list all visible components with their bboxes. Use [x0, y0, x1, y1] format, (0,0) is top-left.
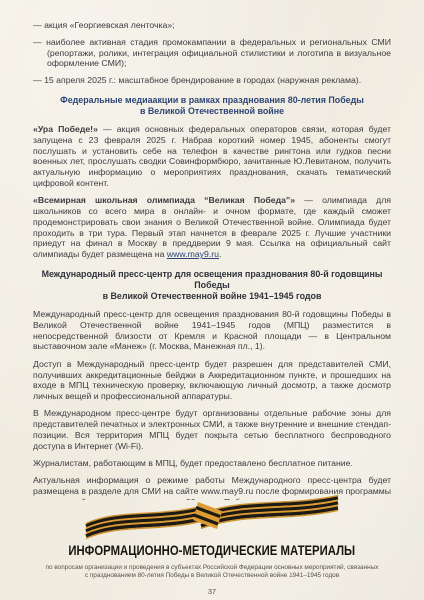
bullet-item-georgian-ribbon: — акция «Георгиевская ленточка»;: [33, 20, 391, 31]
page-footer: ИНФОРМАЦИОННО-МЕТОДИЧЕСКИЕ МАТЕРИАЛЫ по …: [0, 494, 424, 596]
may9-site-link[interactable]: www.may9.ru: [167, 249, 219, 259]
heading-line: в Великой Отечественной войне 1941–1945 …: [33, 291, 391, 302]
brochure-title: ИНФОРМАЦИОННО-МЕТОДИЧЕСКИЕ МАТЕРИАЛЫ: [69, 543, 356, 558]
heading-line: в Великой Отечественной войне: [33, 106, 391, 117]
page-number: 37: [0, 587, 424, 596]
heading-line: Федеральные медиаакции в рамках празднов…: [33, 95, 391, 106]
document-body: — акция «Георгиевская ленточка»; — наибо…: [0, 0, 424, 500]
ribbon-fold: [193, 502, 222, 529]
brochure-subtitle: по вопросам организации и проведения в с…: [0, 564, 424, 581]
st-george-ribbon-icon: [81, 494, 343, 542]
paragraph-school-olympiad: «Всемирная школьная олимпиада “Великая П…: [33, 195, 391, 260]
bullet-item-promo-campaign: — наиболее активная стадия промокампании…: [33, 37, 391, 69]
paragraph-press-center-location: Международный пресс-центр для освещения …: [33, 309, 391, 352]
paragraph-press-center-zones: В Международном пресс-центре будут орган…: [33, 408, 391, 451]
paragraph-lead-bold: «Всемирная школьная олимпиада “Великая П…: [33, 195, 295, 205]
subtitle-line: с празднованием 80-летия Победы в Велико…: [0, 572, 424, 581]
section-heading-federal-media-actions: Федеральные медиаакции в рамках празднов…: [33, 95, 391, 117]
document-page: — акция «Георгиевская ленточка»; — наибо…: [0, 0, 424, 600]
paragraph-ura-pobede: «Ура Победе!» — акция основных федеральн…: [33, 124, 391, 189]
paragraph-text: .: [219, 249, 221, 259]
section-heading-international-press-center: Международный пресс-центр для освещения …: [33, 269, 391, 302]
paragraph-lead-bold: «Ура Победе!»: [33, 124, 98, 134]
bullet-item-city-branding: — 15 апреля 2025 г.: масштабное брендиро…: [33, 75, 391, 86]
paragraph-press-center-catering: Журналистам, работающим в МПЦ, будет пре…: [33, 458, 391, 469]
ribbon-left-segment: [86, 505, 205, 538]
heading-line: Международный пресс-центр для освещения …: [33, 269, 391, 291]
paragraph-press-center-access: Доступ в Международный пресс-центр будет…: [33, 359, 391, 402]
